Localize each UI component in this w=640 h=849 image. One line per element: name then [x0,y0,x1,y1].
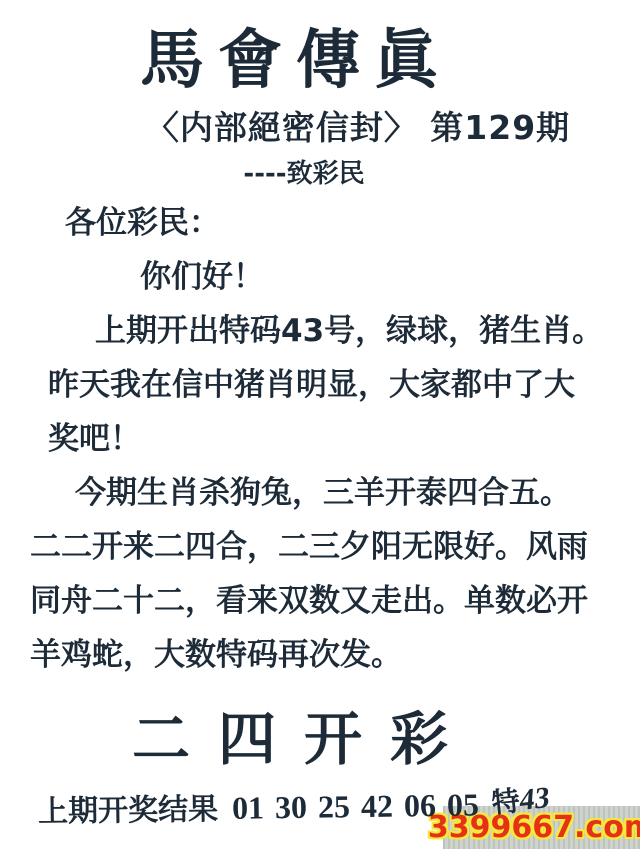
verdict-headline: 二四开彩 [0,692,624,776]
letter-line: 上期开出特码43号，绿球，猪生肖。 [95,304,630,358]
subtitle-issue: 〈内部絕密信封〉 第129期 [38,102,640,149]
letter-line: 昨天我在信中猪肖明显，大家都中了大 [48,358,630,412]
letter-line: 奖吧！ [48,412,630,466]
page-title: 馬會傳眞 [0,26,616,96]
result-number: 25 [318,788,350,824]
letter-line: 今期生肖杀狗兔，三羊开泰四合五。 [75,466,630,520]
fax-document-page: 馬會傳眞 〈内部絕密信封〉 第129期 ----致彩民 各位彩民： 你们好！ 上… [0,0,640,849]
salutation-line: 各位彩民： [65,196,630,250]
letter-line: 羊鸡蛇，大数特码再次发。 [30,628,630,682]
result-number: 05 [447,786,479,822]
letter-body: 各位彩民： 你们好！ 上期开出特码43号，绿球，猪生肖。 昨天我在信中猪肖明显，… [30,196,630,682]
greeting-line: 你们好！ [140,250,630,304]
letter-line: 同舟二十二，看来双数又走出。单数必开 [30,574,630,628]
results-numbers: 013025420605 [232,786,490,826]
result-number: 06 [404,787,436,823]
result-number: 30 [275,789,307,825]
special-number-label: 特 [490,784,521,820]
letter-line: 二二开来二四合，二三夕阳无限好。风雨 [30,520,630,574]
special-number-value: 43 [518,781,550,818]
previous-results-line: 上期开奖结果013025420605特43 [38,779,551,830]
results-label: 上期开奖结果 [38,792,218,830]
document-header: 馬會傳眞 〈内部絕密信封〉 第129期 ----致彩民 [0,26,640,190]
result-number: 01 [232,789,264,825]
dedication-line: ----致彩民 [0,153,624,190]
special-number-group: 特43 [490,776,552,822]
result-number: 42 [361,788,393,824]
